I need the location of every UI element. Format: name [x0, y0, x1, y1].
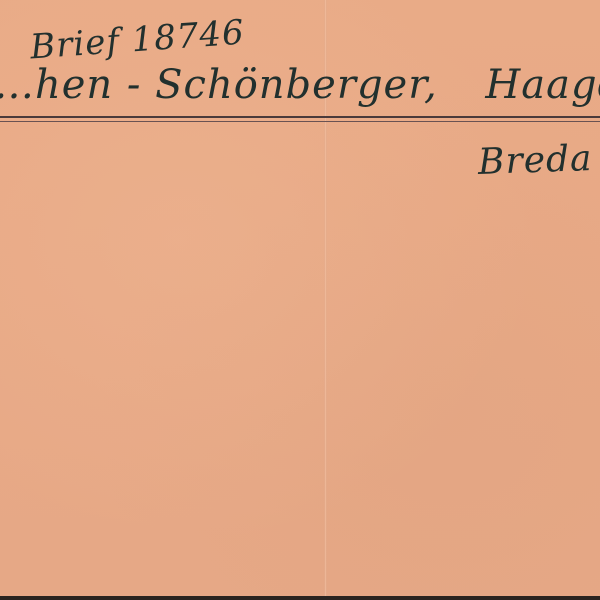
ruled-line-top	[0, 116, 600, 118]
name-address-line: …hen - Schönberger, Haagdijk 28	[0, 62, 600, 108]
ruled-line-bottom	[0, 121, 600, 122]
index-card: Brief 18746 …hen - Schönberger, Haagdijk…	[0, 0, 600, 596]
person-name: …hen - Schönberger,	[0, 62, 438, 108]
street-name: Haagdijk	[485, 62, 600, 108]
city-name: Breda	[477, 138, 593, 183]
reference-number: Brief 18746	[29, 13, 246, 68]
card-bottom-edge	[0, 596, 600, 600]
